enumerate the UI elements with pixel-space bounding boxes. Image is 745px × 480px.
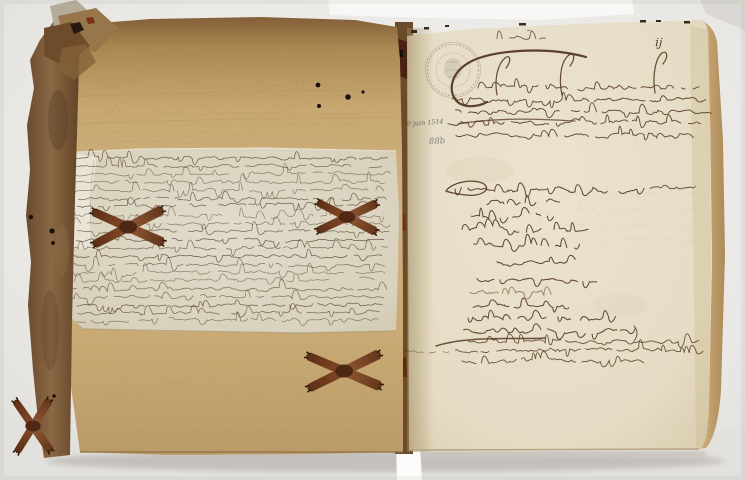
right-page [407, 20, 725, 452]
manuscript-photo: 9 juin 1514 88b ij [0, 0, 745, 480]
page-corner-mark: ij [655, 35, 663, 49]
left-page [11, 0, 403, 458]
margin-folio-note: 88b [429, 136, 446, 147]
